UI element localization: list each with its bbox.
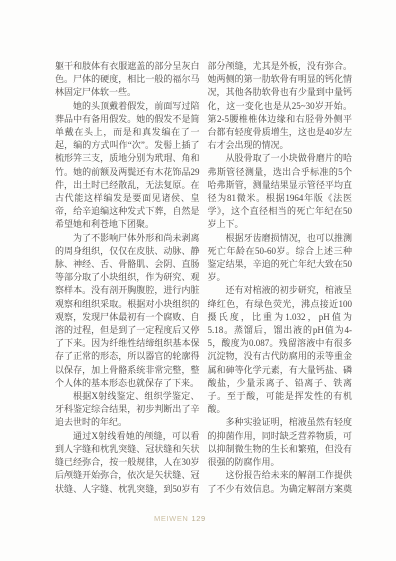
footer-magazine-label: MEIWEN (154, 514, 188, 523)
paragraph: 根据牙齿磨损情况，也可以推测死亡年龄在50-60岁。综合上述三种鉴定结果，辛追的… (208, 232, 353, 285)
paragraph: 从股骨取了一小块做骨磨片的哈弗斯管径测量，选出合乎标准的5个哈弗斯管，测量结果显… (208, 152, 353, 231)
body-text: 躯干和肢体有衣服遮盖的部分呈灰白色。尸体的硬度，相比一般的福尔马林固定尸体软一些… (55, 60, 352, 502)
footer-page-number: 129 (191, 514, 205, 523)
paragraph: 根据X射线鉴定、组织学鉴定、牙科鉴定综合结果，初步判断出了辛追去世时的年纪。 (55, 390, 200, 430)
page-footer: MEIWEN129 (154, 514, 206, 523)
paragraph: 还有对棺液的初步研究，棺液呈绛红色，有绿色荧光，沸点接近100摄氏度，比重为1.… (208, 284, 353, 416)
paragraph: 为了不影响尸体外形和尚未剥离的周身组织，仅仅在皮肤、动脉、静脉、神经、舌、骨骼肌… (55, 232, 200, 390)
paragraph: 多种实验证明，棺液虽然有轻度的抑菌作用，同时缺乏营养物质，可以抑制微生物的生长和… (208, 416, 353, 469)
book-page: 躯干和肢体有衣服遮盖的部分呈灰白色。尸体的硬度，相比一般的福尔马林固定尸体软一些… (0, 0, 396, 561)
paragraph: 躯干和肢体有衣服遮盖的部分呈灰白色。尸体的硬度，相比一般的福尔马林固定尸体软一些… (55, 60, 200, 100)
paragraph: 她的头顶戴着假发，前面写过陪葬品中有备用假发。她的假发不是简单戴在头上，而是和真… (55, 100, 200, 232)
